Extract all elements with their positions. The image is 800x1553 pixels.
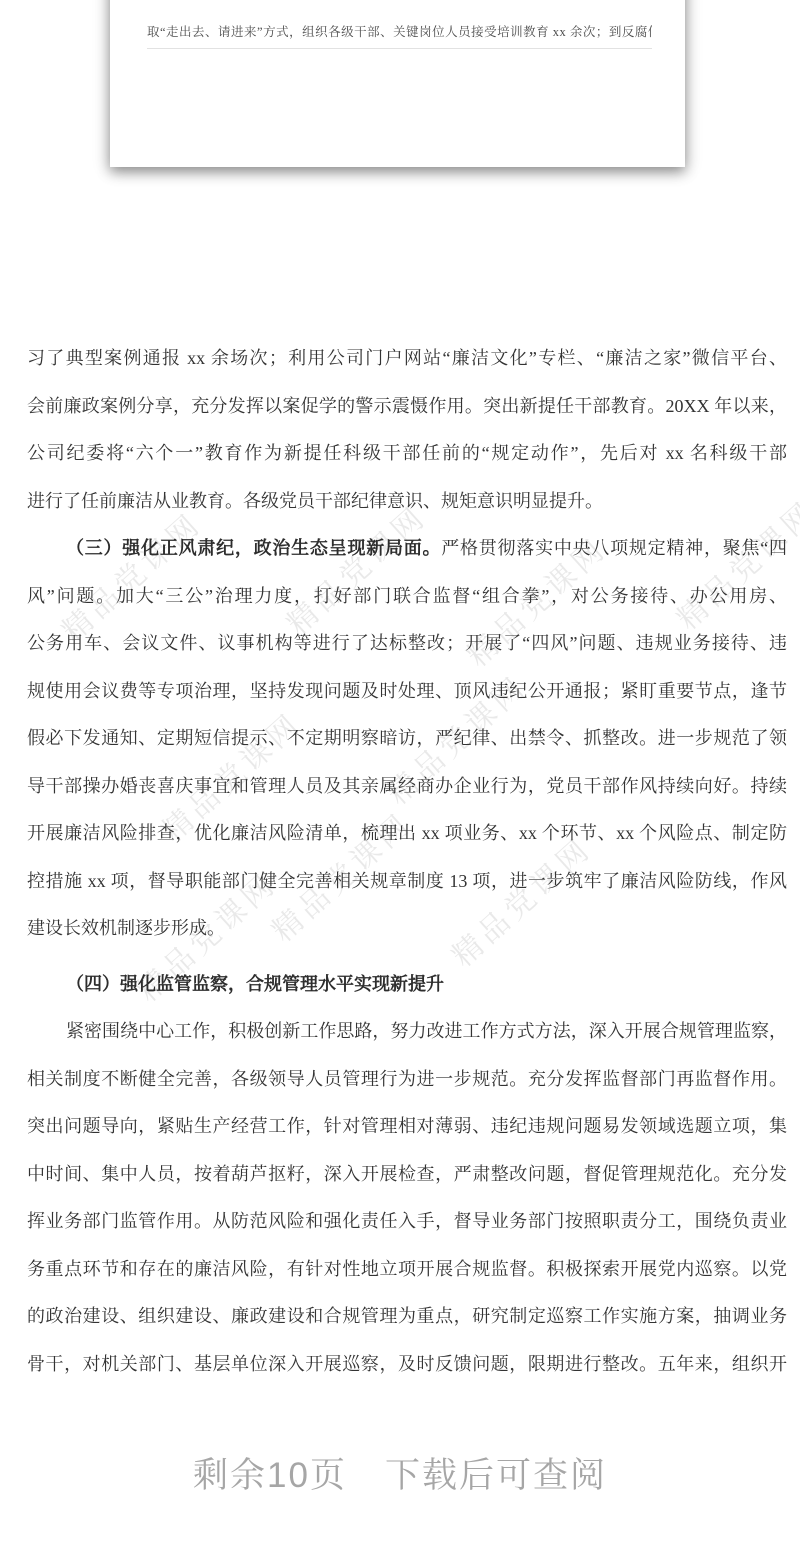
previous-page-preview: 取“走出去、请进来”方式，组织各级干部、关键岗位人员接受培训教育 xx 余次；到… bbox=[110, 0, 685, 167]
document-line: 习了典型案例通报 xx 余场次；利用公司门户网站“廉洁文化”专栏、“廉洁之家”微… bbox=[27, 335, 787, 383]
remaining-pages-label: 剩余10页 bbox=[193, 1448, 347, 1498]
page-content-rule bbox=[147, 48, 652, 49]
document-line: 挥业务部门监管作用。从防范风险和强化责任入手，督导业务部门按照职责分工，围绕负责… bbox=[27, 1198, 787, 1246]
document-line: 公司纪委将“六个一”教育作为新提任科级干部任前的“规定动作”，先后对 xx 名科… bbox=[27, 430, 787, 478]
preview-page-line: 取“走出去、请进来”方式，组织各级干部、关键岗位人员接受培训教育 xx 余次；到… bbox=[147, 23, 652, 41]
document-line: 中时间、集中人员，按着葫芦抠籽，深入开展检查，严肃整改问题，督促管理规范化。充分… bbox=[27, 1151, 787, 1199]
document-line: 进行了任前廉洁从业教育。各级党员干部纪律意识、规矩意识明显提升。 bbox=[27, 478, 787, 526]
document-line: 假必下发通知、定期短信提示、不定期明察暗访，严纪律、出禁令、抓整改。进一步规范了… bbox=[27, 715, 787, 763]
document-line: 相关制度不断健全完善，各级领导人员管理行为进一步规范。充分发挥监督部门再监督作用… bbox=[27, 1056, 787, 1104]
document-line: 控措施 xx 项，督导职能部门健全完善相关规章制度 13 项，进一步筑牢了廉洁风… bbox=[27, 858, 787, 906]
section-heading: （四）强化监管监察，合规管理水平实现新提升 bbox=[66, 974, 444, 994]
document-line: 骨干，对机关部门、基层单位深入开展巡察，及时反馈问题，限期进行整改。五年来，组织… bbox=[27, 1341, 787, 1389]
document-line: 公务用车、会议文件、议事机构等进行了达标整改；开展了“四风”问题、违规业务接待、… bbox=[27, 620, 787, 668]
document-line: 紧密围绕中心工作，积极创新工作思路，努力改进工作方式方法，深入开展合规管理监察， bbox=[27, 1008, 787, 1056]
document-line: 务重点环节和存在的廉洁风险，有针对性地立项开展合规监督。积极探索开展党内巡察。以… bbox=[27, 1246, 787, 1294]
download-hint-label: 下载后可查阅 bbox=[385, 1448, 607, 1498]
document-line: 建设长效机制逐步形成。 bbox=[27, 905, 787, 953]
document-line: 导干部操办婚丧喜庆事宜和管理人员及其亲属经商办企业行为，党员干部作风持续向好。持… bbox=[27, 763, 787, 811]
document-line: 开展廉洁风险排查，优化廉洁风险清单，梳理出 xx 项业务、xx 个环节、xx 个… bbox=[27, 810, 787, 858]
document-body: 习了典型案例通报 xx 余场次；利用公司门户网站“廉洁文化”专栏、“廉洁之家”微… bbox=[27, 335, 787, 1388]
document-line: 的政治建设、组织建设、廉政建设和合规管理为重点，研究制定巡察工作实施方案，抽调业… bbox=[27, 1293, 787, 1341]
section-heading: （三）强化正风肃纪，政治生态呈现新局面。 bbox=[66, 538, 441, 558]
remaining-pages-footer: 剩余10页 下载后可查阅 bbox=[0, 1448, 800, 1498]
document-line: （三）强化正风肃纪，政治生态呈现新局面。严格贯彻落实中央八项规定精神，聚焦“四 bbox=[27, 525, 787, 573]
document-line: 会前廉政案例分享，充分发挥以案促学的警示震慑作用。突出新提任干部教育。20XX … bbox=[27, 383, 787, 431]
document-line: 风”问题。加大“三公”治理力度，打好部门联合监督“组合拳”，对公务接待、办公用房… bbox=[27, 573, 787, 621]
document-line: （四）强化监管监察，合规管理水平实现新提升 bbox=[27, 961, 787, 1009]
document-line: 突出问题导向，紧贴生产经营工作，针对管理相对薄弱、违纪违规问题易发领域选题立项，… bbox=[27, 1103, 787, 1151]
document-preview-page: { "preview_card": { "lines": [ "取“走出去、请进… bbox=[0, 0, 800, 1553]
document-line: 规使用会议费等专项治理，坚持发现问题及时处理、顶风违纪公开通报；紧盯重要节点，逢… bbox=[27, 668, 787, 716]
